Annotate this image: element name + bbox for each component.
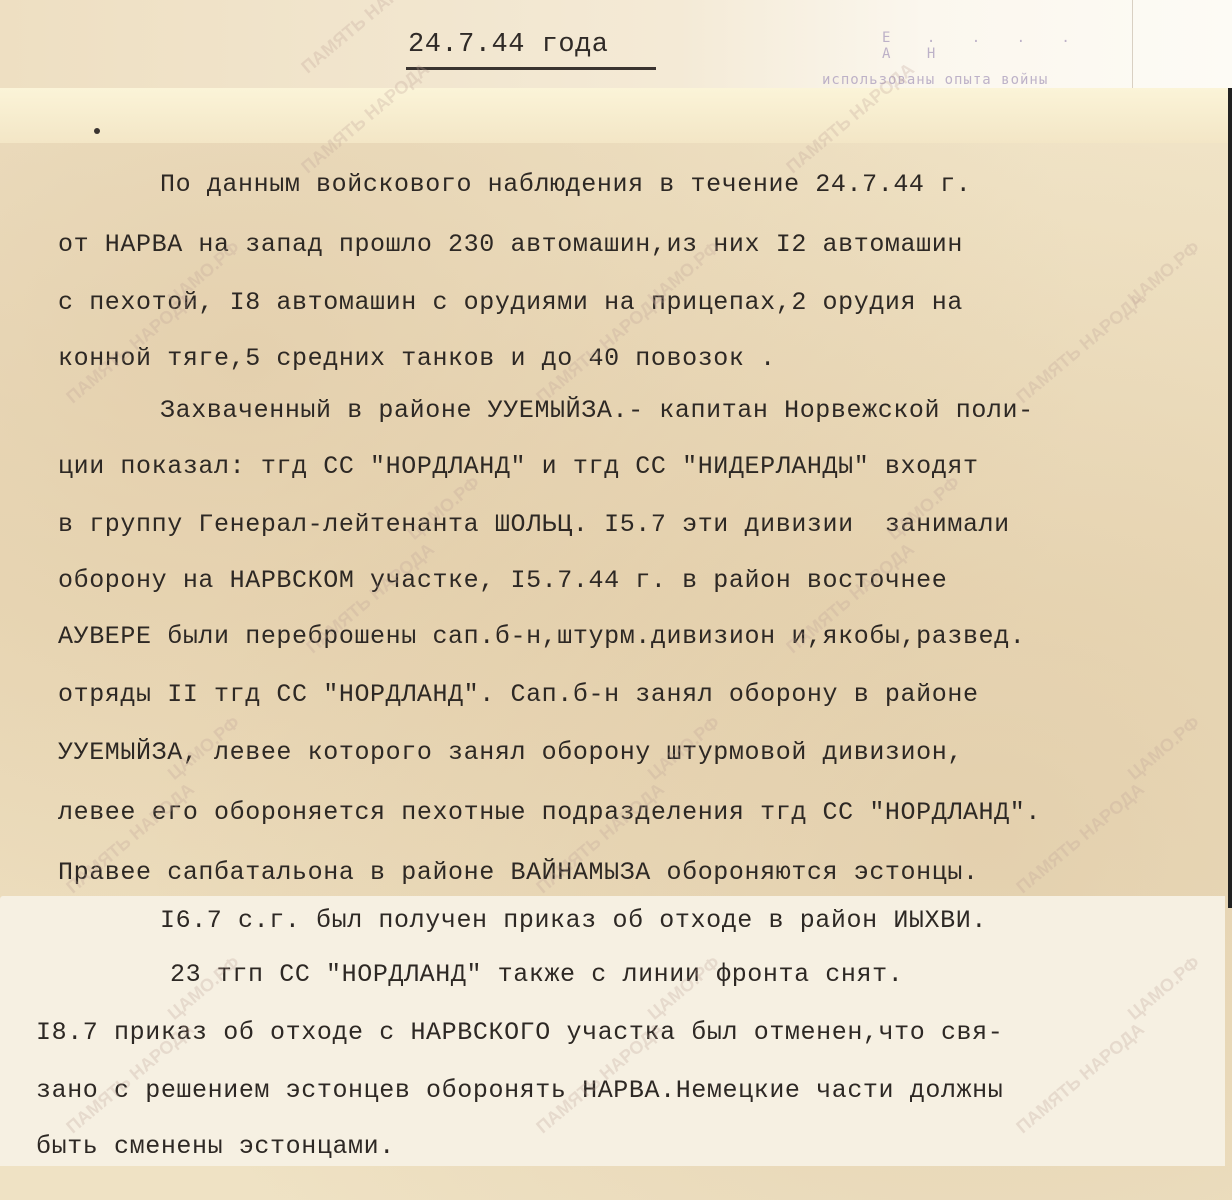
text-line: ции показал: тгд СС "НОРДЛАНД" и тгд СС …	[58, 452, 979, 481]
text-line: отряды II тгд СС "НОРДЛАНД". Сап.б-н зан…	[58, 680, 979, 709]
text-line: УУЕМЫЙЗА, левее которого занял оборону ш…	[58, 738, 963, 767]
text-line: с пехотой, I8 автомашин с орудиями на пр…	[58, 288, 963, 317]
text-line: По данным войскового наблюдения в течени…	[160, 170, 971, 199]
text-line: быть сменены эстонцами.	[36, 1132, 395, 1161]
text-line: Правее сапбатальона в районе ВАЙНАМЫЗА о…	[58, 858, 979, 887]
text-line: от НАРВА на запад прошло 230 автомашин,и…	[58, 230, 963, 259]
document-date: 24.7.44 года	[408, 30, 608, 60]
page-edge	[1228, 88, 1232, 908]
text-line: оборону на НАРВСКОМ участке, I5.7.44 г. …	[58, 566, 947, 595]
text-line: I6.7 с.г. был получен приказ об отходе в…	[160, 906, 987, 935]
stamp-line-2: использованы опыта войны	[822, 72, 1122, 88]
text-line: левее его обороняется пехотные подраздел…	[58, 798, 1041, 827]
stamp-line-1: Е . . . . А Н	[882, 30, 1122, 62]
archive-stamp: Е . . . . А Н использованы опыта войны	[822, 30, 1122, 88]
text-line: конной тяге,5 средних танков и до 40 пов…	[58, 344, 776, 373]
text-line: АУВЕРЕ были переброшены сап.б-н,штурм.ди…	[58, 622, 1025, 651]
text-line: I8.7 приказ об отходе с НАРВСКОГО участк…	[36, 1018, 1003, 1047]
text-line: зано с решением эстонцев оборонять НАРВА…	[36, 1076, 1003, 1105]
stamp-divider	[1132, 0, 1133, 88]
text-line: в группу Генерал-лейтенанта ШОЛЬЦ. I5.7 …	[58, 510, 1010, 539]
text-line: 23 тгп СС "НОРДЛАНД" также с линии фронт…	[170, 960, 903, 989]
paper-band	[0, 88, 1232, 143]
text-line: Захваченный в районе УУЕМЫЙЗА.- капитан …	[160, 396, 1034, 425]
margin-dot	[94, 128, 100, 134]
date-underline	[406, 67, 656, 70]
